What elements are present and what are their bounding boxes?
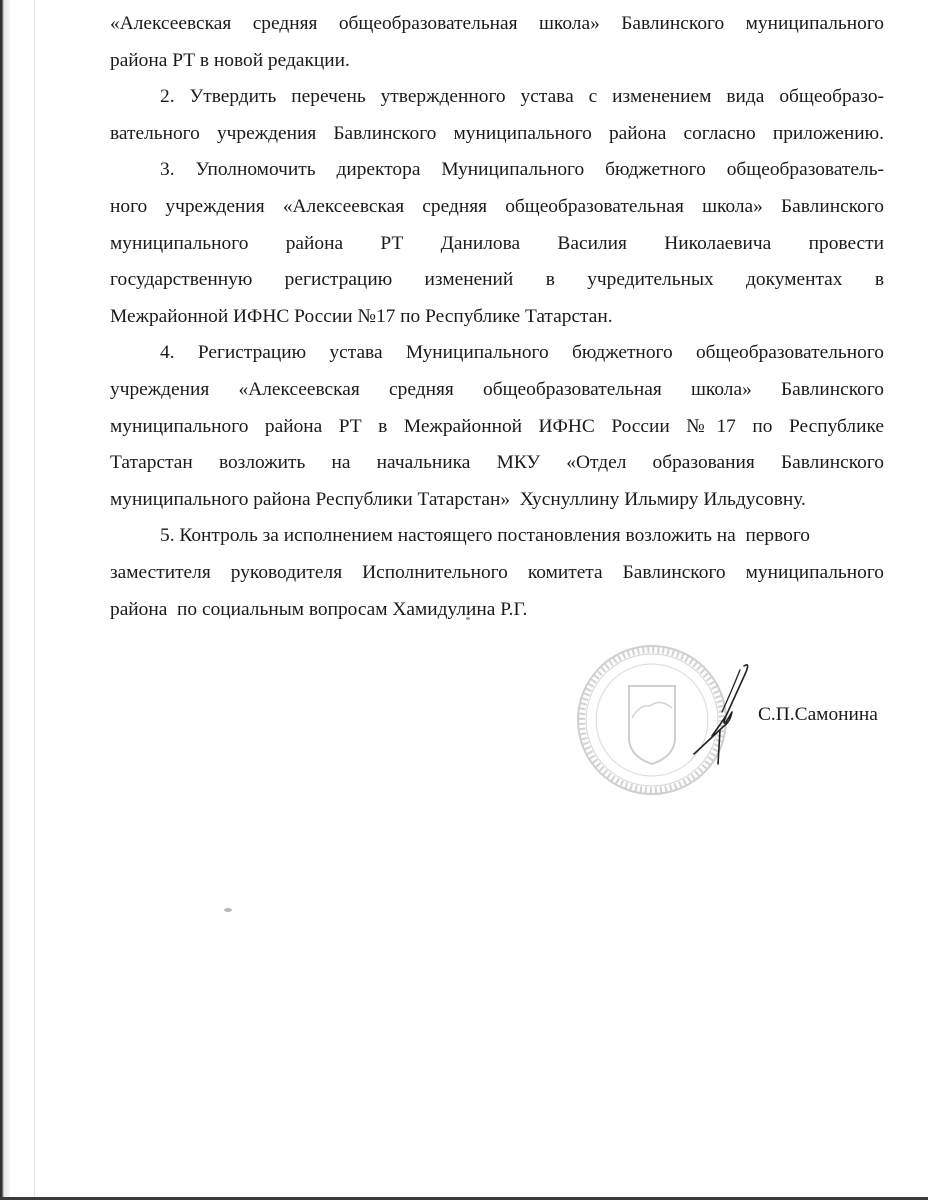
- text-line: 2. Утвердить перечень утвержденного уста…: [110, 79, 884, 116]
- text-line: Татарстан возложить на начальника МКУ «О…: [110, 445, 884, 482]
- text-line: 4. Регистрацию устава Муниципального бюд…: [110, 335, 884, 372]
- text-line: муниципального района Республики Татарст…: [110, 482, 884, 519]
- text-line: муниципального района РТ в Межрайонной И…: [110, 409, 884, 446]
- text-line: района по социальным вопросам Хамидулина…: [110, 592, 884, 629]
- text-line: муниципального района РТ Данилова Васили…: [110, 226, 884, 263]
- paragraph-5: 5. Контроль за исполнением настоящего по…: [110, 518, 884, 628]
- scan-speck: [224, 908, 232, 912]
- text-line: государственную регистрацию изменений в …: [110, 262, 884, 299]
- scan-speck: [466, 617, 470, 620]
- text-line: вательного учреждения Бавлинского муници…: [110, 116, 884, 153]
- text-line: «Алексеевская средняя общеобразовательна…: [110, 6, 884, 43]
- handwritten-signature-icon: [682, 660, 762, 770]
- text-line: 3. Уполномочить директора Муниципального…: [110, 152, 884, 189]
- paragraph-2: 2. Утвердить перечень утвержденного уста…: [110, 79, 884, 152]
- document-page: «Алексеевская средняя общеобразовательна…: [110, 6, 884, 628]
- paragraph-4: 4. Регистрацию устава Муниципального бюд…: [110, 335, 884, 518]
- text-line: учреждения «Алексеевская средняя общеобр…: [110, 372, 884, 409]
- scan-edge-left: [0, 0, 10, 1200]
- signer-name: С.П.Самонина: [758, 704, 878, 726]
- paragraph-1-continuation: «Алексеевская средняя общеобразовательна…: [110, 6, 884, 79]
- text-line: ного учреждения «Алексеевская средняя об…: [110, 189, 884, 226]
- scan-margin-strip: [14, 0, 35, 1200]
- text-line: района РТ в новой редакции.: [110, 43, 884, 80]
- paragraph-3: 3. Уполномочить директора Муниципального…: [110, 152, 884, 335]
- text-line: заместителя руководителя Исполнительного…: [110, 555, 884, 592]
- text-line: Межрайонной ИФНС России №17 по Республик…: [110, 299, 884, 336]
- text-line: 5. Контроль за исполнением настоящего по…: [110, 518, 884, 555]
